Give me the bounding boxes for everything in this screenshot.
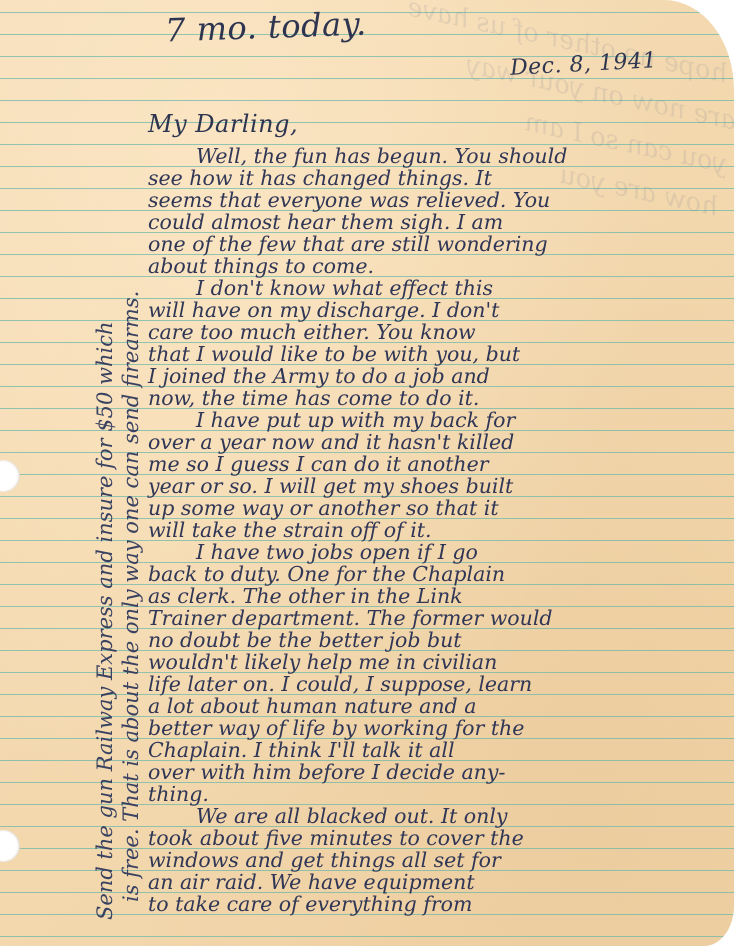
letter-line: better way of life by working for the [148,717,728,739]
letter-line: will take the strain off of it. [148,519,728,541]
letter-line: a lot about human nature and a [148,695,728,717]
margin-note: Send the gun Railway Express and insure … [92,20,144,920]
punch-hole-top [0,460,20,492]
letter-line: I joined the Army to do a job and [148,365,728,387]
letter-line: see how it has changed things. It [148,167,728,189]
letter-line: over a year now and it hasn't killed [148,431,728,453]
letter-line: year or so. I will get my shoes built [148,475,728,497]
letter-line: up some way or another so that it [148,497,728,519]
letter-line: me so I guess I can do it another [148,453,728,475]
letter-line: an air raid. We have equipment [148,871,728,893]
letter-line: to take care of everything from [148,893,728,915]
letter-line: care too much either. You know [148,321,728,343]
letter-line: thing. [148,783,728,805]
margin-note-line: is free. That is about the only way one … [118,20,144,920]
letter-page: I hope no other of us have are now on yo… [0,0,734,946]
letter-line: Well, the fun has begun. You should [148,145,728,167]
letter-line: over with him before I decide any- [148,761,728,783]
letter-line: windows and get things all set for [148,849,728,871]
letter-line: Trainer department. The former would [148,607,728,629]
letter-line: as clerk. The other in the Link [148,585,728,607]
letter-line: could almost hear them sigh. I am [148,211,728,233]
letter-line: wouldn't likely help me in civilian [148,651,728,673]
letter-line: I don't know what effect this [148,277,728,299]
margin-note-line: Send the gun Railway Express and insure … [92,20,118,920]
letter-date: Dec. 8, 1941 [509,48,657,81]
letter-line: We are all blacked out. It only [148,805,728,827]
letter-line: seems that everyone was relieved. You [148,189,728,211]
letter-line: no doubt be the better job but [148,629,728,651]
letter-line: I have put up with my back for [148,409,728,431]
salutation: My Darling, [148,110,298,138]
letter-body: Well, the fun has begun. You shouldsee h… [148,145,728,915]
letter-line: life later on. I could, I suppose, learn [148,673,728,695]
letter-line: I have two jobs open if I go [148,541,728,563]
letter-line: about things to come. [148,255,728,277]
letter-line: will have on my discharge. I don't [148,299,728,321]
letter-line: back to duty. One for the Chaplain [148,563,728,585]
header-note: 7 mo. today. [164,4,367,49]
letter-line: now, the time has come to do it. [148,387,728,409]
punch-hole-bottom [0,830,20,862]
letter-line: that I would like to be with you, but [148,343,728,365]
letter-line: one of the few that are still wondering [148,233,728,255]
letter-line: took about five minutes to cover the [148,827,728,849]
letter-line: Chaplain. I think I'll talk it all [148,739,728,761]
